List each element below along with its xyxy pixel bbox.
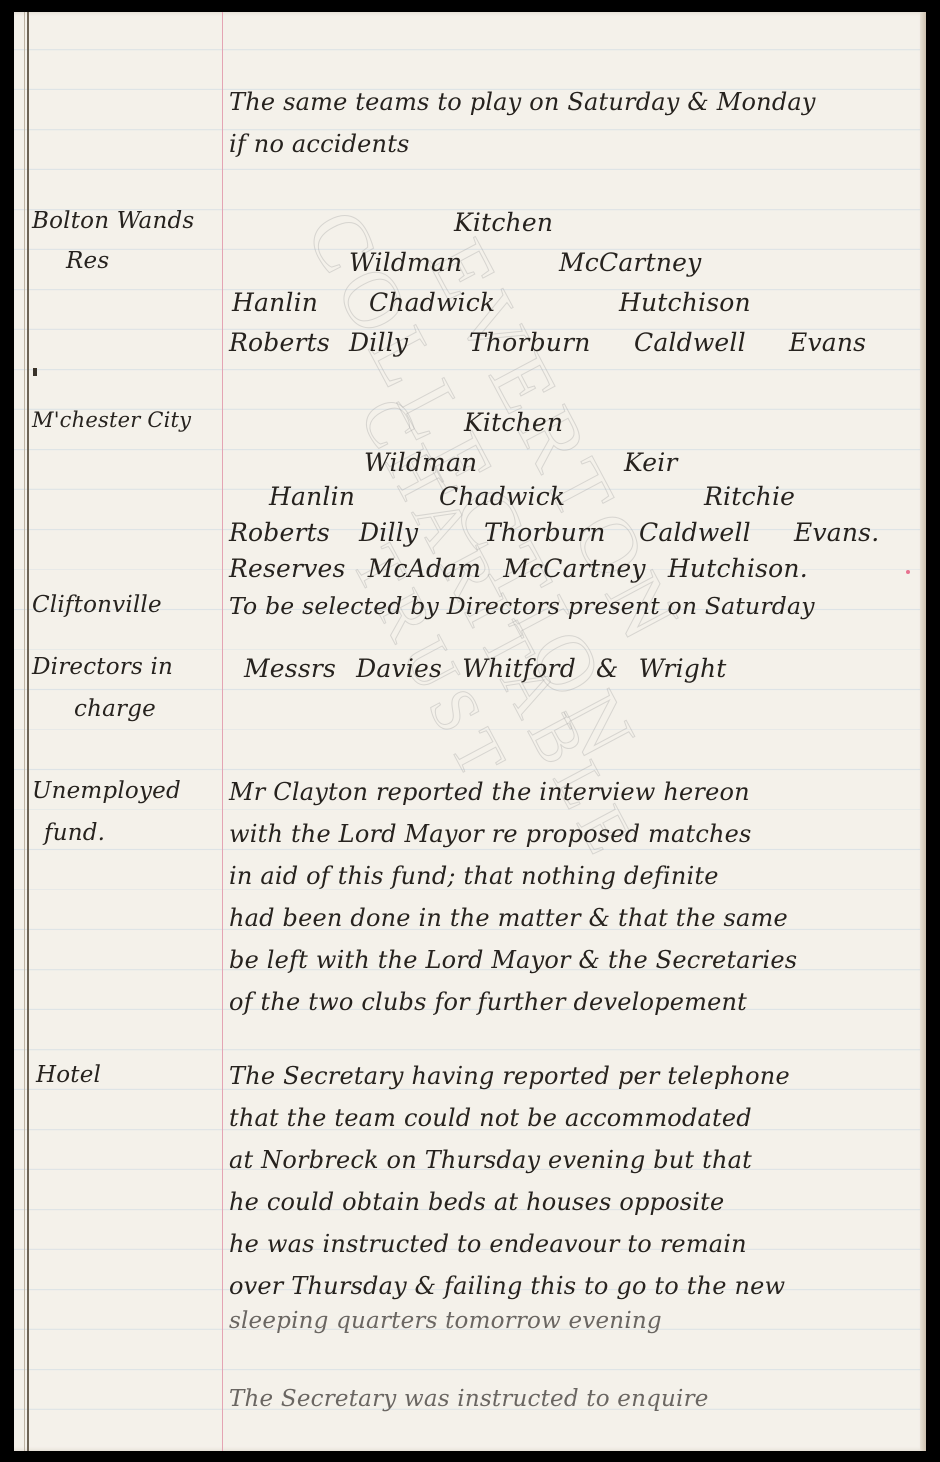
- hotel-line-6: over Thursday & failing this to go to th…: [229, 1272, 785, 1300]
- intro-line-2: if no accidents: [229, 130, 410, 158]
- ink-spot: [906, 570, 910, 574]
- page-edge: [920, 12, 926, 1451]
- label-directors: Directors in: [32, 654, 173, 680]
- mancity-back-1: Wildman: [364, 448, 477, 477]
- bolton-back-2: McCartney: [559, 248, 701, 277]
- label-directors-charge: charge: [74, 696, 156, 722]
- label-bolton-res: Res: [66, 248, 109, 274]
- bolton-fwd-1: Roberts: [229, 328, 330, 357]
- unemployed-line-6: of the two clubs for further developemen…: [229, 988, 747, 1016]
- cliftonville-note: To be selected by Directors present on S…: [229, 592, 815, 620]
- label-fund: fund.: [44, 820, 105, 846]
- bolton-fwd-3: Thorburn: [469, 328, 591, 357]
- unemployed-line-1: Mr Clayton reported the interview hereon: [229, 778, 750, 806]
- mancity-fwd-5: Evans.: [794, 518, 879, 547]
- mancity-back-2: Keir: [624, 448, 678, 477]
- unemployed-line-3: in aid of this fund; that nothing defini…: [229, 862, 719, 890]
- hotel-line-7: sleeping quarters tomorrow evening: [229, 1308, 662, 1334]
- mancity-fwd-3: Thorburn: [484, 518, 606, 547]
- bolton-goalkeeper: Kitchen: [454, 208, 553, 237]
- ledger-page: EVERTON COLLECTION CHARITABLE TRUST The …: [14, 12, 926, 1451]
- binding-rule-inner: [24, 12, 25, 1451]
- mancity-fwd-2: Dilly: [359, 518, 418, 547]
- bolton-half-2: Chadwick: [369, 288, 495, 317]
- label-unemployed: Unemployed: [32, 778, 181, 804]
- mancity-fwd-1: Roberts: [229, 518, 330, 547]
- hotel-line-4: he could obtain beds at houses opposite: [229, 1188, 724, 1216]
- mancity-goalkeeper: Kitchen: [464, 408, 563, 437]
- label-manchester-city: M'chester City: [32, 408, 191, 432]
- bolton-fwd-4: Caldwell: [634, 328, 746, 357]
- watermark-line-2: CHARITABLE TRUST: [228, 294, 700, 1001]
- unemployed-line-2: with the Lord Mayor re proposed matches: [229, 820, 752, 848]
- mancity-fwd-4: Caldwell: [639, 518, 751, 547]
- label-cliftonville: Cliftonville: [32, 592, 162, 618]
- hotel-line-3: at Norbreck on Thursday evening but that: [229, 1146, 752, 1174]
- closing-line: The Secretary was instructed to enquire: [229, 1386, 709, 1412]
- binding-mark: [33, 368, 37, 376]
- hotel-line-2: that the team could not be accommodated: [229, 1104, 752, 1132]
- label-hotel: Hotel: [36, 1062, 101, 1088]
- label-bolton: Bolton Wands: [32, 208, 194, 234]
- mancity-reserves: Reserves McAdam McCartney Hutchison.: [229, 554, 808, 583]
- mancity-half-3: Ritchie: [704, 482, 795, 511]
- hotel-line-5: he was instructed to endeavour to remain: [229, 1230, 747, 1258]
- mancity-half-1: Hanlin: [269, 482, 355, 511]
- directors-names: Messrs Davies Whitford & Wright: [244, 654, 727, 683]
- bolton-half-3: Hutchison: [619, 288, 751, 317]
- margin-line: [222, 12, 223, 1451]
- bolton-half-1: Hanlin: [232, 288, 318, 317]
- hotel-line-1: The Secretary having reported per teleph…: [229, 1062, 790, 1090]
- bolton-fwd-2: Dilly: [349, 328, 408, 357]
- unemployed-line-5: be left with the Lord Mayor & the Secret…: [229, 946, 797, 974]
- bolton-fwd-5: Evans: [789, 328, 866, 357]
- mancity-half-2: Chadwick: [439, 482, 565, 511]
- unemployed-line-4: had been done in the matter & that the s…: [229, 904, 788, 932]
- bolton-back-1: Wildman: [349, 248, 462, 277]
- binding-rule: [27, 12, 29, 1451]
- intro-line-1: The same teams to play on Saturday & Mon…: [229, 88, 816, 116]
